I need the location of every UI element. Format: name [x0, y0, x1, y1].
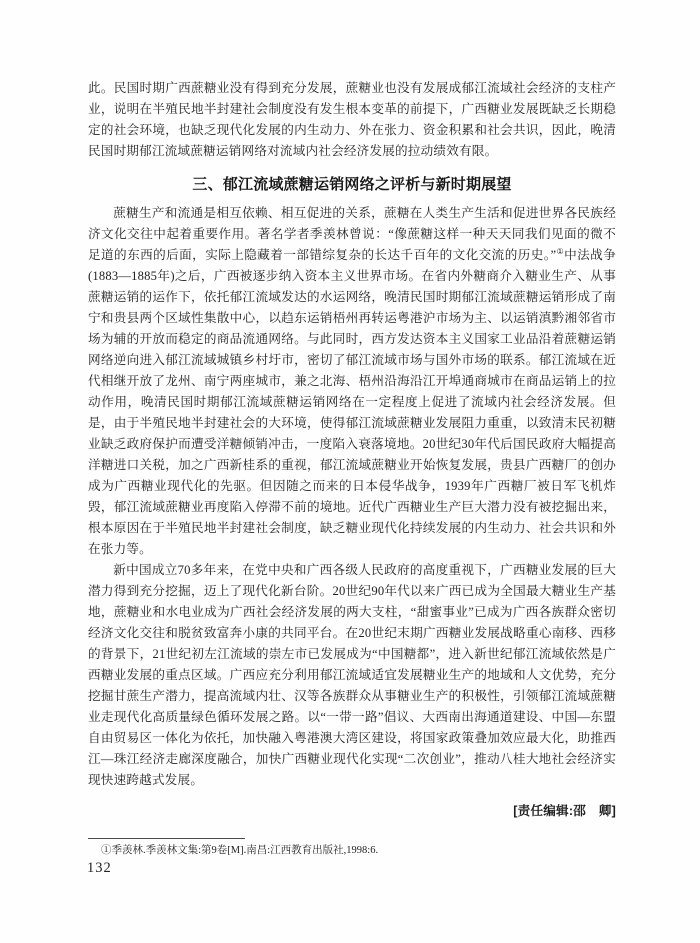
paragraph-2: 新中国成立70多年来，在党中央和广西各级人民政府的高度重视下，广西糖业发展的巨大… [88, 560, 616, 791]
footnote-reference-marker: ① [556, 247, 564, 256]
article-body: 此。民国时期广西蔗糖业没有得到充分发展，蔗糖业也没有发展成郁江流域社会经济的支柱… [88, 78, 616, 822]
section-heading: 三、郁江流域蔗糖运销网络之评析与新时期展望 [88, 174, 616, 196]
footnote-area: ①季羡林.季羡林文集:第9卷[M].南昌:江西教育出版社,1998:6. [88, 838, 616, 858]
footnote-citation: ①季羡林.季羡林文集:第9卷[M].南昌:江西教育出版社,1998:6. [88, 843, 616, 858]
paragraph-1-text-before-ref: 蔗糖生产和流通是相互依赖、相互促进的关系，蔗糖在人类生产生活和促进世界各民族经济… [88, 206, 616, 262]
page-number: 132 [87, 860, 112, 877]
paragraph-1-text-after-ref: 中法战争(1883—1885年)之后，广西被逐步纳入资本主义世界市场。在省内外糖… [88, 248, 616, 556]
editor-note: [责任编辑:邵 卿] [88, 801, 616, 822]
paragraph-1: 蔗糖生产和流通是相互依赖、相互促进的关系，蔗糖在人类生产生活和促进世界各民族经济… [88, 203, 616, 560]
continuation-paragraph: 此。民国时期广西蔗糖业没有得到充分发展，蔗糖业也没有发展成郁江流域社会经济的支柱… [88, 78, 616, 162]
footnote-separator-line [88, 838, 245, 839]
journal-page: 此。民国时期广西蔗糖业没有得到充分发展，蔗糖业也没有发展成郁江流域社会经济的支柱… [0, 0, 700, 943]
